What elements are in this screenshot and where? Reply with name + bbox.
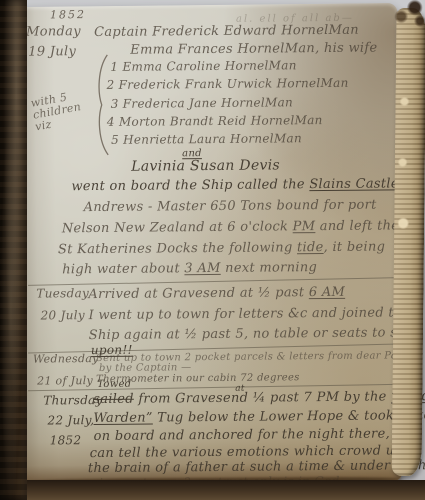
child-line-2: 2 Frederick Frank Urwick HornelMan [107,77,349,91]
wednesday-date-label: 21 of July [37,375,93,386]
towed-correction: Towed [97,380,131,390]
child-line-5: 5 Henrietta Laura HornelMan [111,132,302,146]
tuesday-date-label: 20 July [41,309,85,321]
sailed-struck-word: sailed [93,392,134,407]
arrived-line: Arrived at Gravesend at ½ past 6 AM [88,286,345,301]
monday-date-label: 19 July [28,45,76,58]
nelson-pre: Nelson New Zealand at 6 o'clock [62,219,293,236]
margin-note-children: with 5 children viz [30,89,84,133]
year-heading: 1852 [50,9,86,20]
nelson-line: Nelson New Zealand at 6 o'clock PM and l… [62,219,400,235]
highwater-time: 3 AM [184,261,220,276]
child-line-4: 4 Morton Brandt Reid HornelMan [107,114,323,128]
docks-post: , it being [324,239,386,255]
anchored-line: on board and anchored for the night ther… [94,427,423,443]
captain-line: Captain Frederick Edward HornelMan [94,24,359,39]
wife-line: Emma Frances HornelMan, his wife [130,42,377,57]
towed-pre: from Gravesend ¼ past 7 PM by the [134,389,391,406]
page-block-fore-edge [392,8,425,476]
boarded-text: went on board the Ship called the [71,177,309,194]
companion-line: Lavinia Susan Devis [131,158,280,173]
warden-underlined: Warden” [93,411,152,427]
towed-line: sailed from Gravesend ¼ past 7 PM by the… [93,390,425,406]
book-binding [0,0,27,500]
highwater-line: high water about 3 AM next morning [62,261,317,276]
tuesday-day-label: Tuesday [36,287,89,299]
highwater-pre: high water about [62,261,184,277]
handwriting-layer: 1852 al. ell of all ab— Monday 19 July C… [0,0,425,500]
monday-day-label: Monday [26,25,81,38]
docks-tide: tide [297,240,324,255]
docks-pre: St Katherines Docks the following [58,240,297,257]
master-line: Andrews - Master 650 Tons bound for port [84,199,377,215]
cover-corner-spots [391,0,425,30]
nelson-post: and left the [315,218,399,234]
ship-again-line: Ship again at ½ past 5, no table or seat… [89,326,408,342]
letters-line: I went up to town for letters &c and joi… [89,306,411,322]
nelson-pm: PM [293,219,316,234]
child-line-1: 1 Emma Caroline HornelMan [110,59,296,73]
warden-line: Warden” Tug below the Lower Hope & took … [93,409,425,425]
arrived-pre: Arrived at Gravesend at ½ past [88,285,309,302]
ship-name: Slains Castle [309,176,399,192]
docks-line: St Katherines Docks the following tide, … [58,240,385,256]
children-brace [95,53,110,161]
wednesday-day-label: Wednesday [33,353,99,365]
boarded-line: went on board the Ship called the Slains… [71,177,398,193]
bottom-cover-band [0,480,425,500]
diary-photograph: 1852 al. ell of all ab— Monday 19 July C… [0,0,425,500]
father-line: the brain of a father at such a time & u… [88,459,425,475]
highwater-post: next morning [221,260,318,276]
thursday-date-label: 22 July, [47,414,94,426]
thursday-year-label: 1852 [50,434,82,446]
arrived-time: 6 AM [309,285,345,300]
child-line-3: 3 Frederica Jane HornelMan [111,96,293,110]
warden-post: Tug below the Lower Hope & took waterman [153,408,425,426]
